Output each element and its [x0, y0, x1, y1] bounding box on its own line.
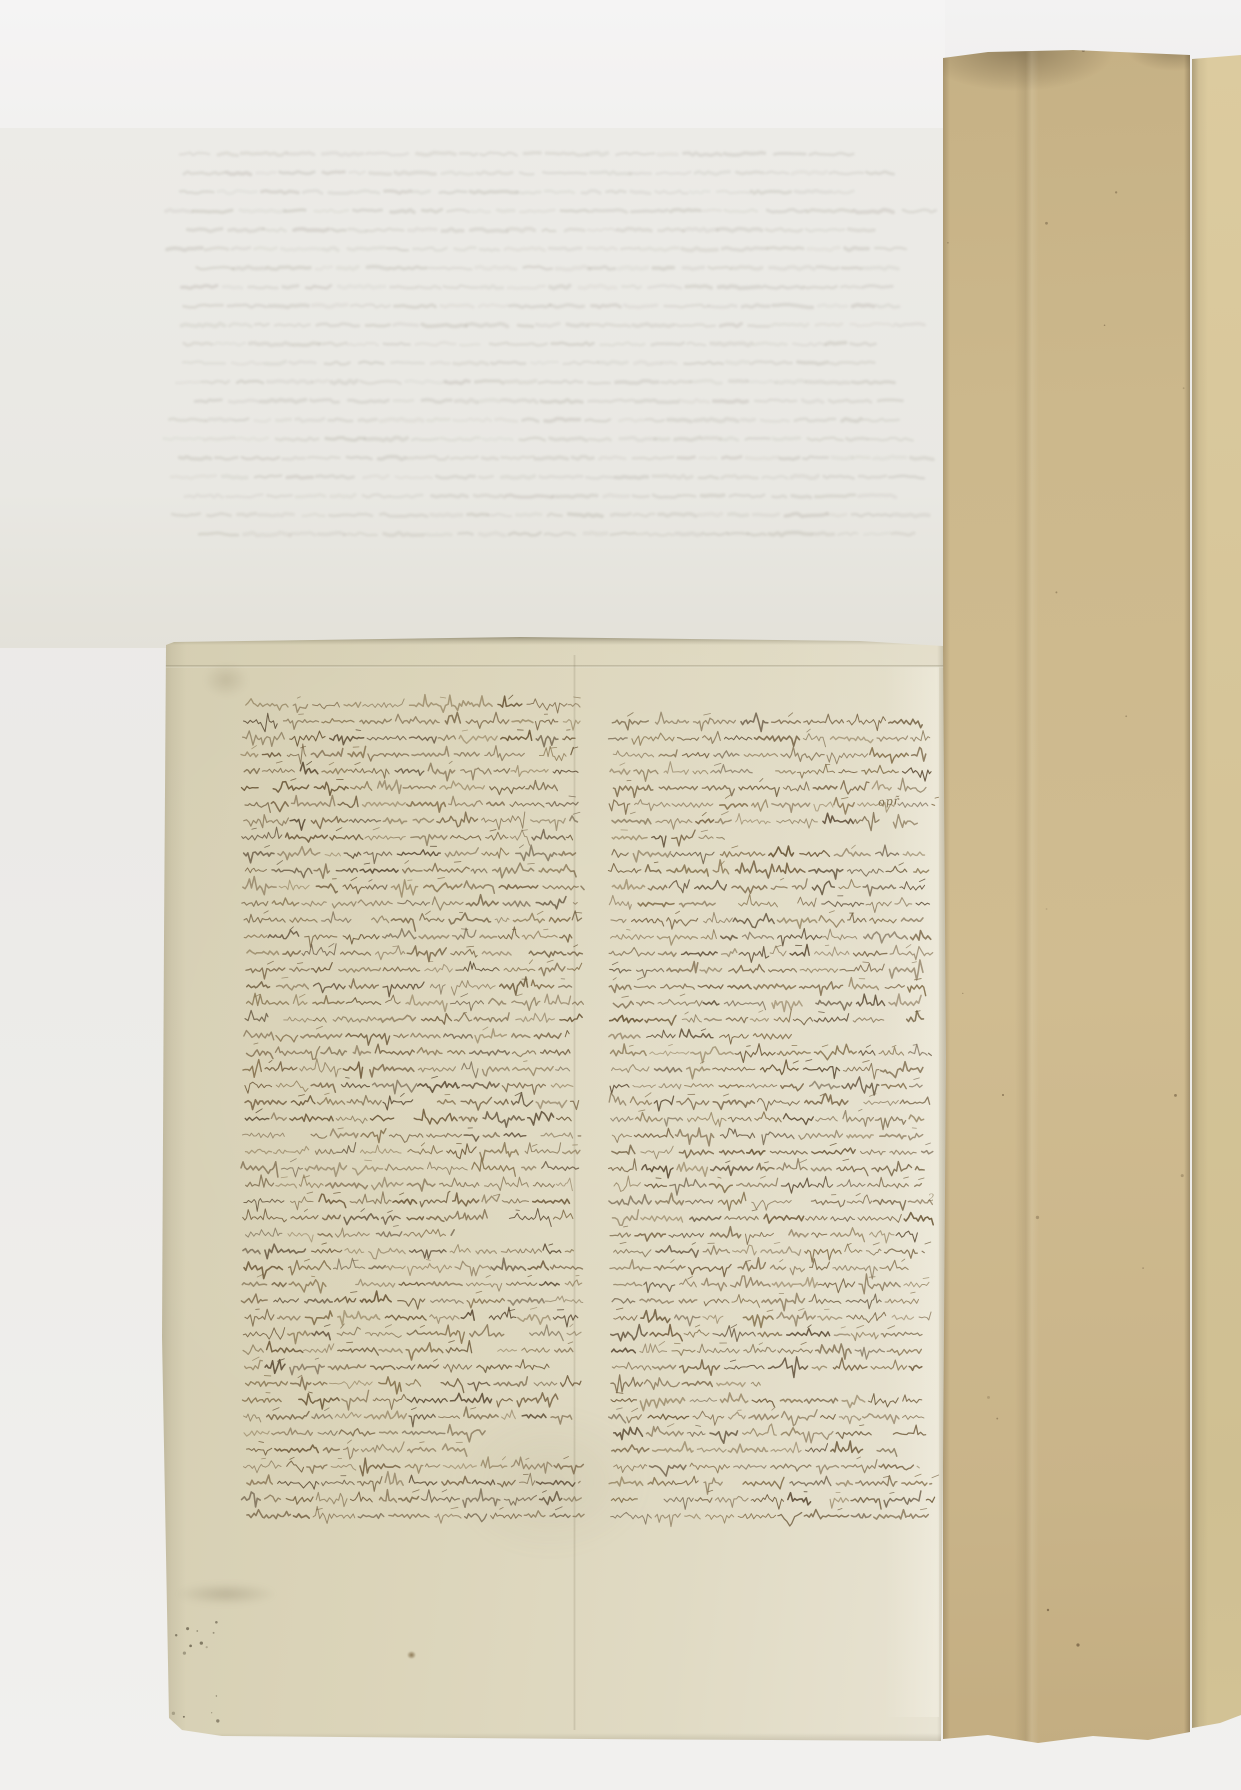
flyleaf-strip	[1192, 55, 1241, 1728]
manuscript-leaf: opr̃ 2	[160, 637, 947, 1745]
backdrop-top-band	[0, 0, 945, 128]
board-specks-canvas	[943, 50, 1190, 1743]
flyleaf-edge-shadow	[1192, 55, 1208, 1728]
margin-note: opr̃	[877, 794, 900, 809]
facing-page-showthrough	[0, 128, 945, 648]
handwriting-canvas	[160, 637, 947, 1745]
quire-mark: 2	[928, 1193, 934, 1204]
manuscript-photo: opr̃ 2	[0, 0, 1241, 1790]
ghost-text-canvas	[145, 140, 945, 645]
backing-board	[943, 50, 1190, 1743]
